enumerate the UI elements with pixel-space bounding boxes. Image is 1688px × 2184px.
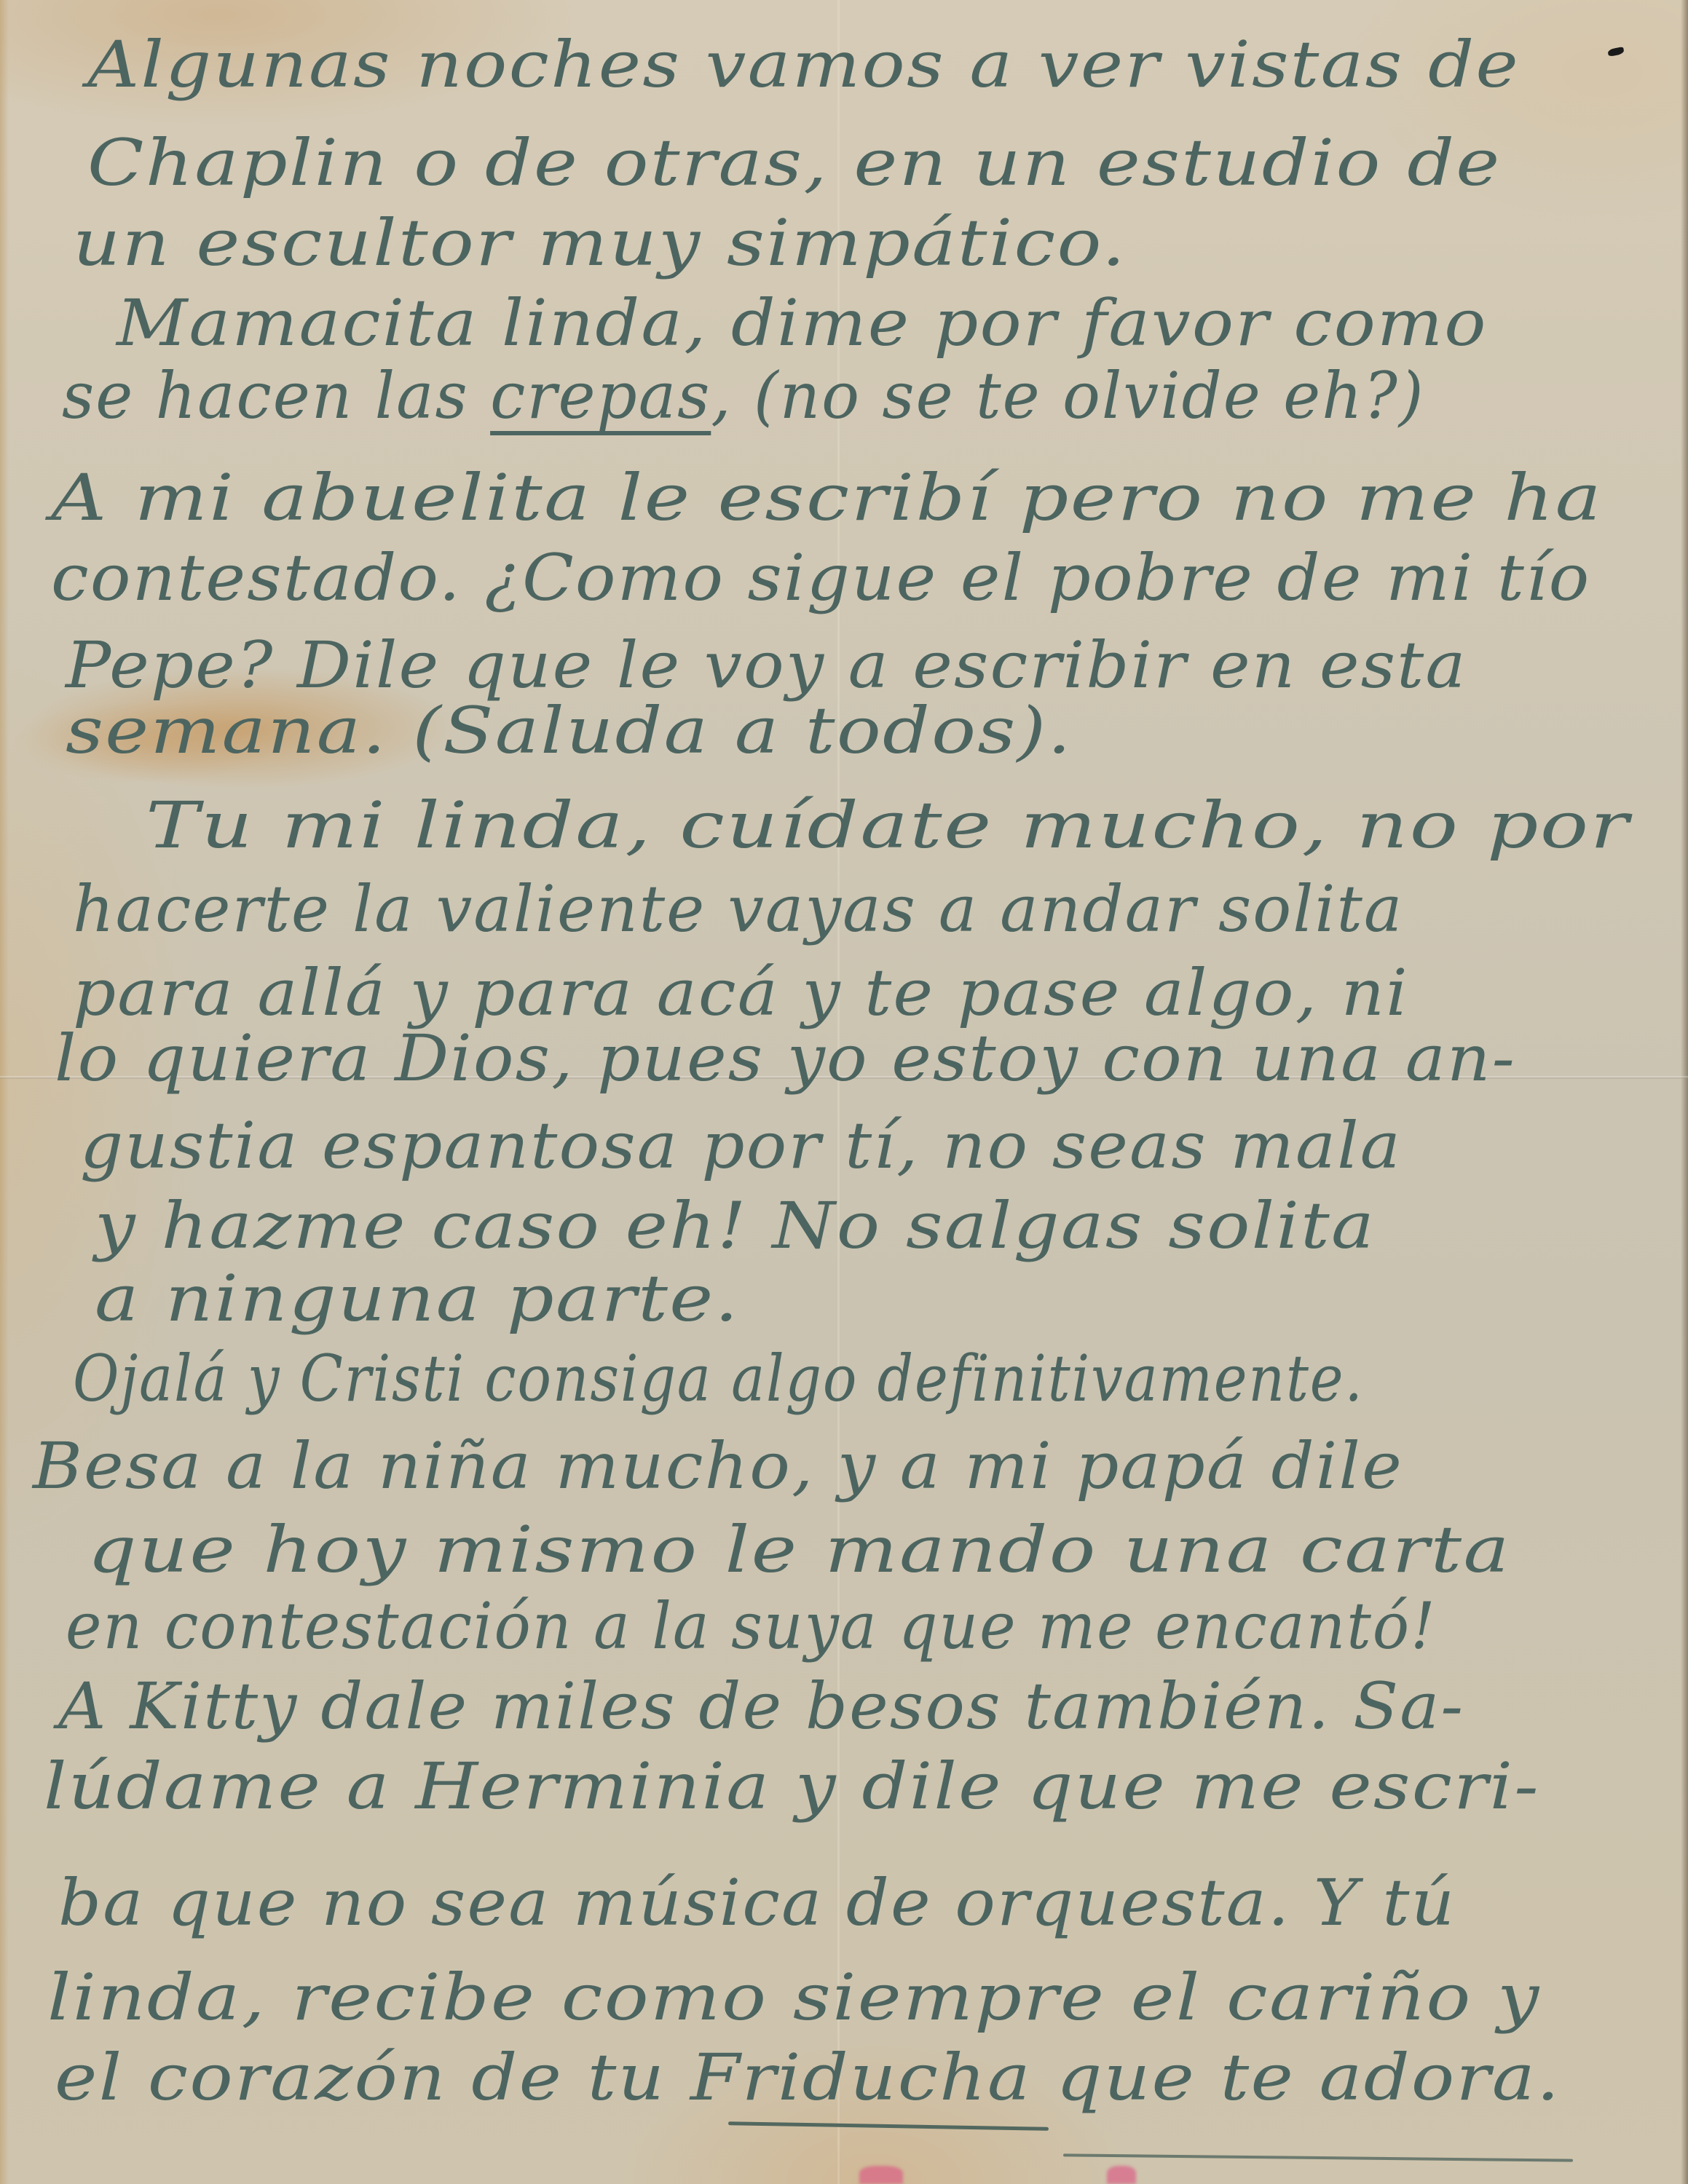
letter-line: lo quiera Dios, pues yo estoy con una an… [55, 1026, 1516, 1091]
letter-line: Mamacita linda, dime por favor como [117, 291, 1488, 355]
letter-line: A Kitty dale miles de besos también. Sa- [58, 1674, 1464, 1738]
paper-edge-right [1681, 0, 1688, 2184]
pink-ink-mark [1107, 2166, 1136, 2184]
pink-ink-mark [859, 2166, 903, 2184]
letter-line: gustia espantosa por tí, no seas mala [80, 1114, 1402, 1178]
paper-tear-hole [1607, 47, 1624, 57]
letter-line: que hoy mismo le mando una carta [87, 1518, 1511, 1582]
letter-line: lúdame a Herminia y dile que me escri- [44, 1754, 1540, 1819]
letter-line: Tu mi linda, cuídate mucho, no por [146, 794, 1630, 858]
letter-line: Pepe? Dile que le voy a escribir en esta [66, 633, 1467, 697]
letter-line: un escultor muy simpático. [73, 211, 1127, 275]
text-segment: se hacen las [62, 358, 490, 433]
letter-line: hacerte la valiente vayas a andar solita [73, 877, 1403, 941]
letter-line: A mi abuelita le escribí pero no me ha [51, 466, 1603, 530]
letter-line: a ninguna parte. [95, 1267, 740, 1331]
letter-line: Algunas noches vamos a ver vistas de [87, 33, 1520, 97]
letter-line: para allá y para acá y te pase algo, ni [73, 961, 1409, 1025]
letter-line: semana. (Saluda a todos). [66, 699, 1073, 763]
closing-underline [1063, 2153, 1573, 2161]
paper-edge-left [0, 0, 9, 2184]
letter-line: en contestación a la suya que me encantó… [66, 1594, 1437, 1658]
signature-underline [728, 2121, 1049, 2131]
signature-friducha: Friducha [690, 2040, 1032, 2115]
letter-page: Algunas noches vamos a ver vistas de Cha… [0, 0, 1688, 2184]
letter-line: y hazme caso eh! No salgas solita [95, 1194, 1376, 1258]
letter-line: Besa a la niña mucho, y a mi papá dile [33, 1434, 1403, 1498]
text-segment: el corazón de tu [55, 2040, 690, 2115]
letter-line: ba que no sea música de orquesta. Y tú [58, 1871, 1456, 1935]
letter-line: linda, recibe como siempre el cariño y [47, 1966, 1541, 2030]
text-segment: , (no se te olvide eh?) [711, 358, 1424, 433]
letter-line: Ojalá y Cristi consiga algo definitivame… [73, 1347, 1364, 1411]
underlined-word-crepas: crepas [490, 358, 711, 433]
text-segment: que te adora. [1032, 2040, 1561, 2115]
letter-line: contestado. ¿Como sigue el pobre de mi t… [51, 546, 1590, 610]
letter-line: Chaplin o de otras, en un estudio de [87, 131, 1501, 195]
letter-line-with-underline: se hacen las crepas, (no se te olvide eh… [62, 364, 1424, 428]
letter-closing-line: el corazón de tu Friducha que te adora. [55, 2046, 1561, 2110]
